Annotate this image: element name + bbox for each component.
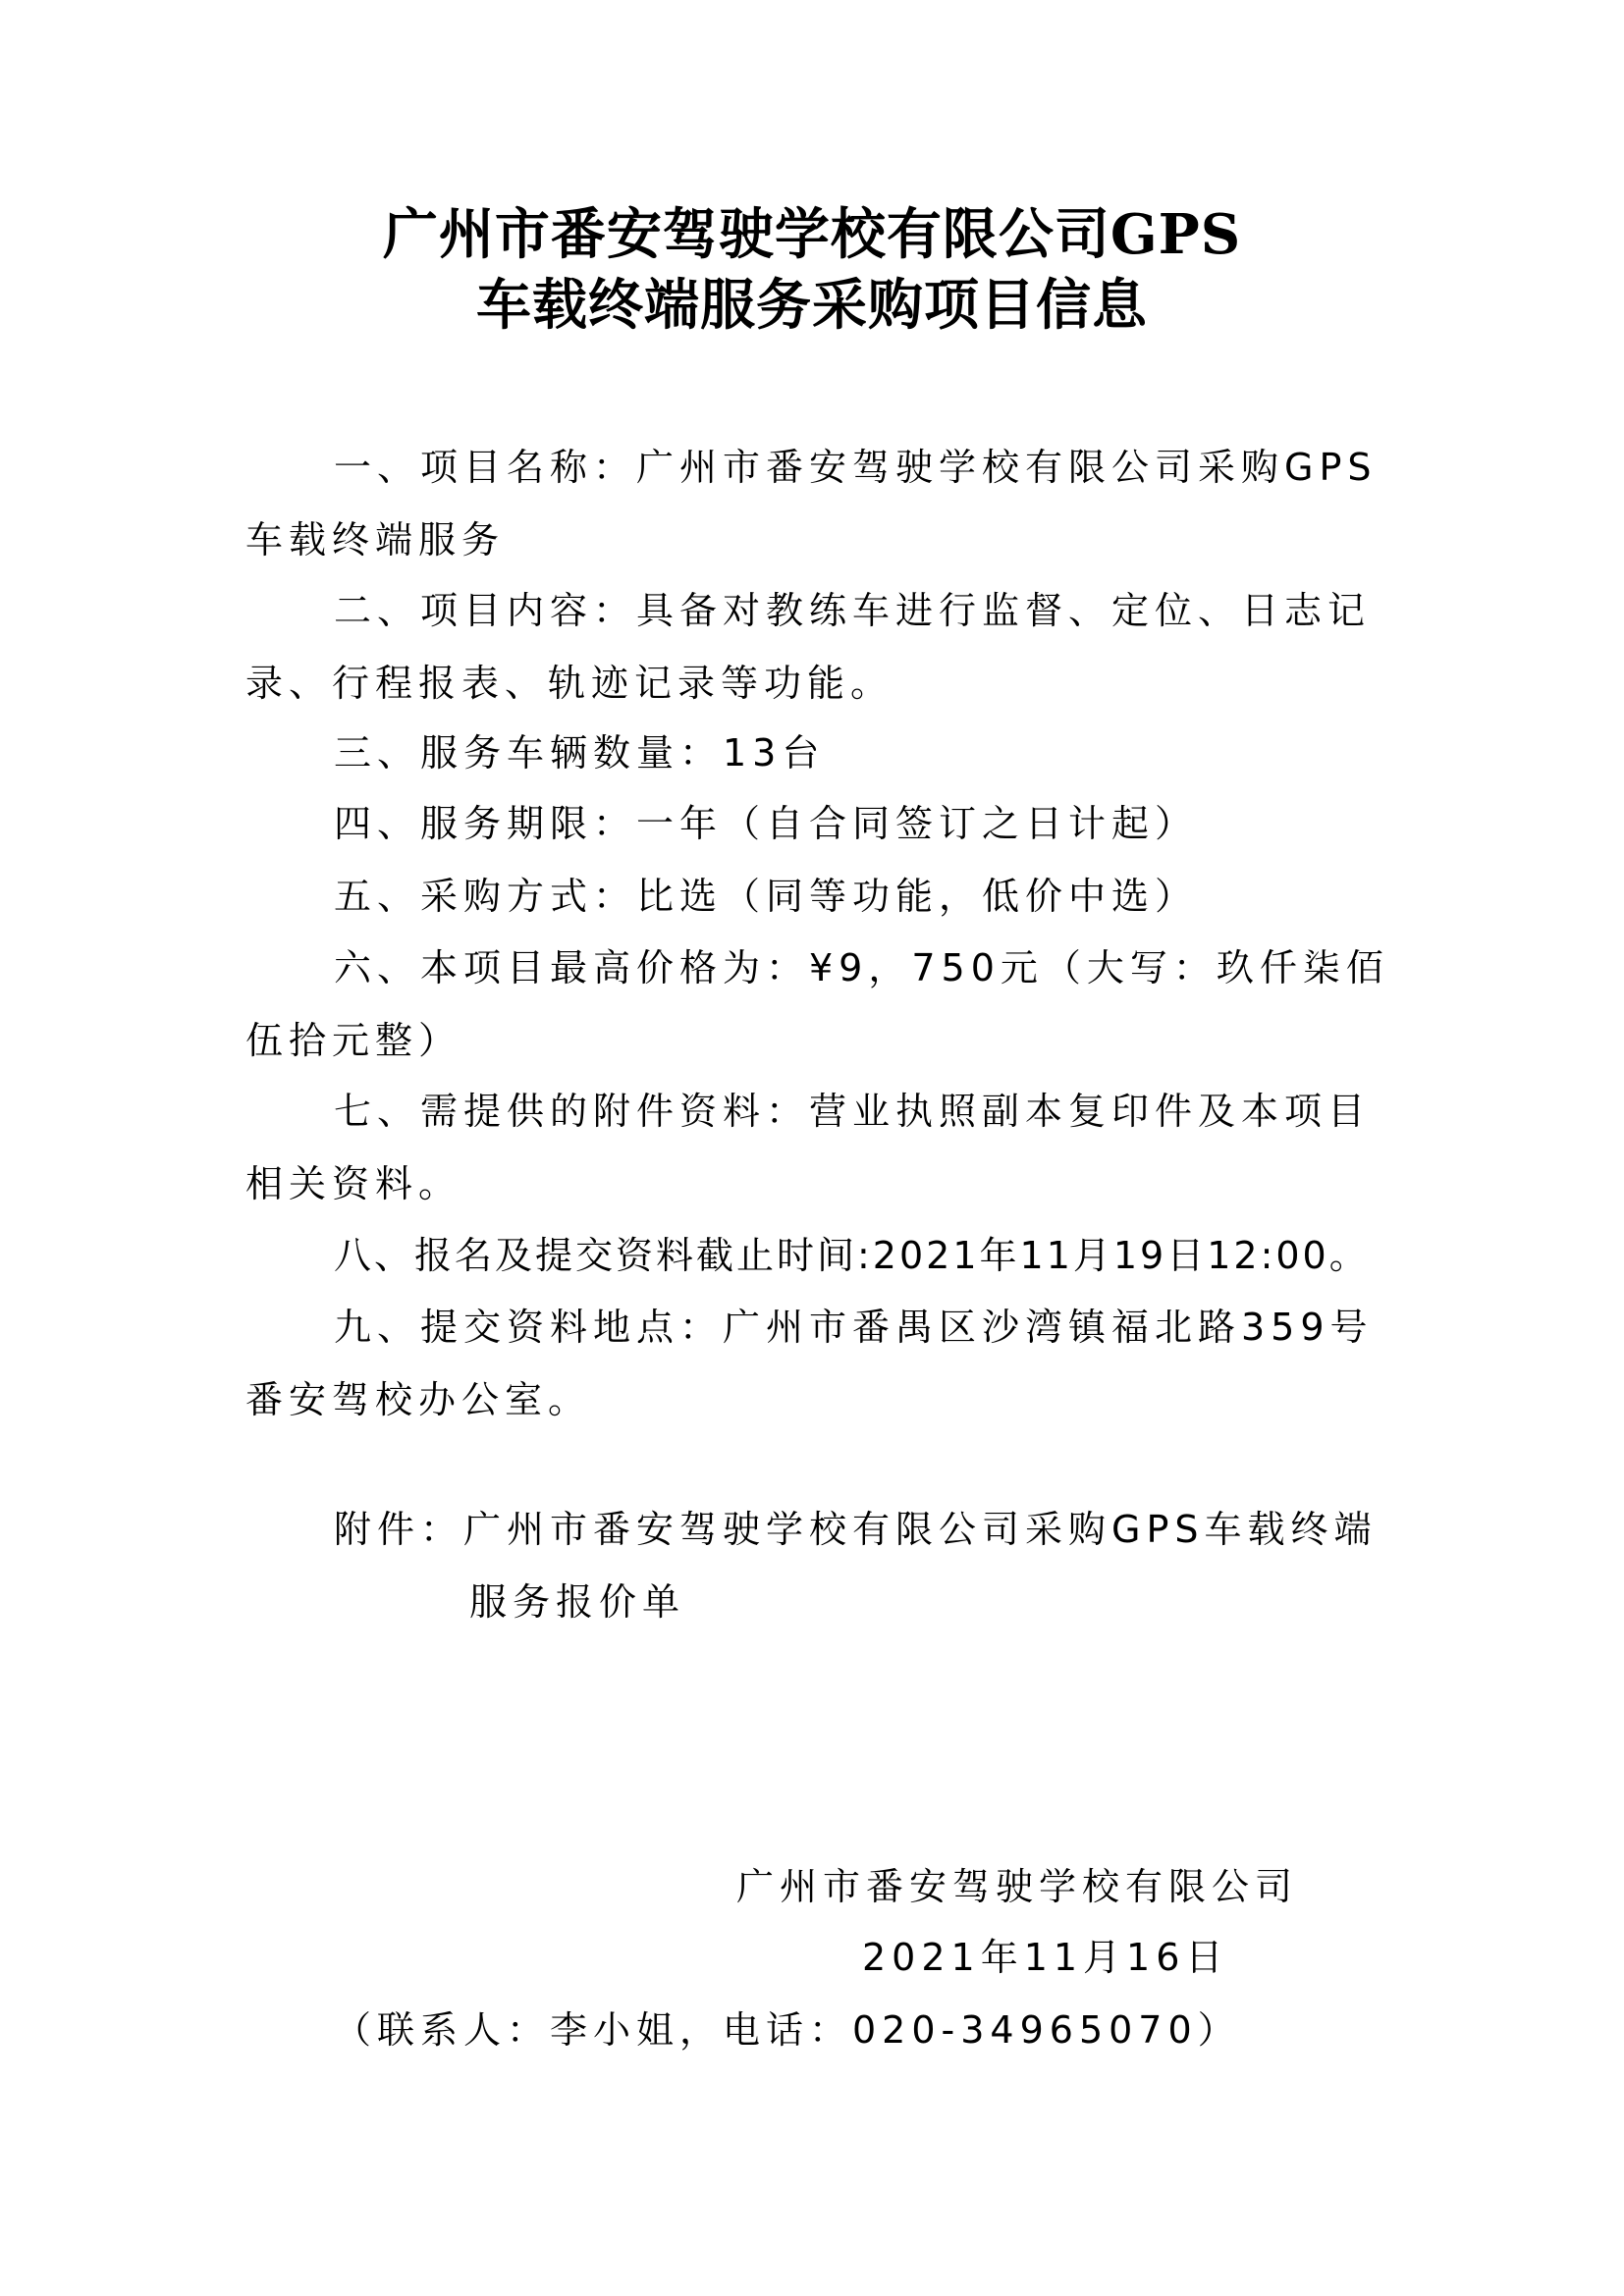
item-max-price: 六、本项目最高价格为：¥9，750元（大写：玖仟柒佰 (334, 944, 1389, 991)
item-submission-location-cont: 番安驾校办公室。 (245, 1376, 591, 1423)
item-project-name-cont: 车载终端服务 (245, 516, 505, 563)
item-project-name: 一、项目名称：广州市番安驾驶学校有限公司采购GPS (334, 444, 1378, 491)
item-vehicle-count: 三、服务车辆数量：13台 (334, 729, 825, 776)
document-page: 广州市番安驾驶学校有限公司GPS 车载终端服务采购项目信息 一、项目名称：广州市… (0, 0, 1624, 2296)
item-project-content: 二、项目内容：具备对教练车进行监督、定位、日志记 (334, 587, 1371, 634)
item-procurement-method: 五、采购方式：比选（同等功能，低价中选） (334, 873, 1198, 920)
contact-info: （联系人：李小姐，电话：020-34965070） (334, 2006, 1241, 2054)
signature-company: 广州市番安驾驶学校有限公司 (736, 1863, 1298, 1910)
item-deadline: 八、报名及提交资料截止时间:2021年11月19日12:00。 (334, 1232, 1370, 1279)
document-title-line-2: 车载终端服务采购项目信息 (0, 273, 1624, 338)
attachment-line-1: 附件：广州市番安驾驶学校有限公司采购GPS车载终端 (334, 1506, 1378, 1553)
item-submission-location: 九、提交资料地点：广州市番禺区沙湾镇福北路359号 (334, 1304, 1374, 1351)
signature-date: 2021年11月16日 (862, 1934, 1228, 1981)
item-project-content-cont: 录、行程报表、轨迹记录等功能。 (245, 660, 893, 707)
item-required-documents: 七、需提供的附件资料：营业执照副本复印件及本项目 (334, 1088, 1371, 1135)
item-service-period: 四、服务期限：一年（自合同签订之日计起） (334, 800, 1198, 847)
item-required-documents-cont: 相关资料。 (245, 1160, 461, 1207)
item-max-price-cont: 伍拾元整） (245, 1017, 461, 1064)
document-title-line-1: 广州市番安驾驶学校有限公司GPS (0, 202, 1624, 267)
attachment-line-2: 服务报价单 (469, 1578, 685, 1626)
